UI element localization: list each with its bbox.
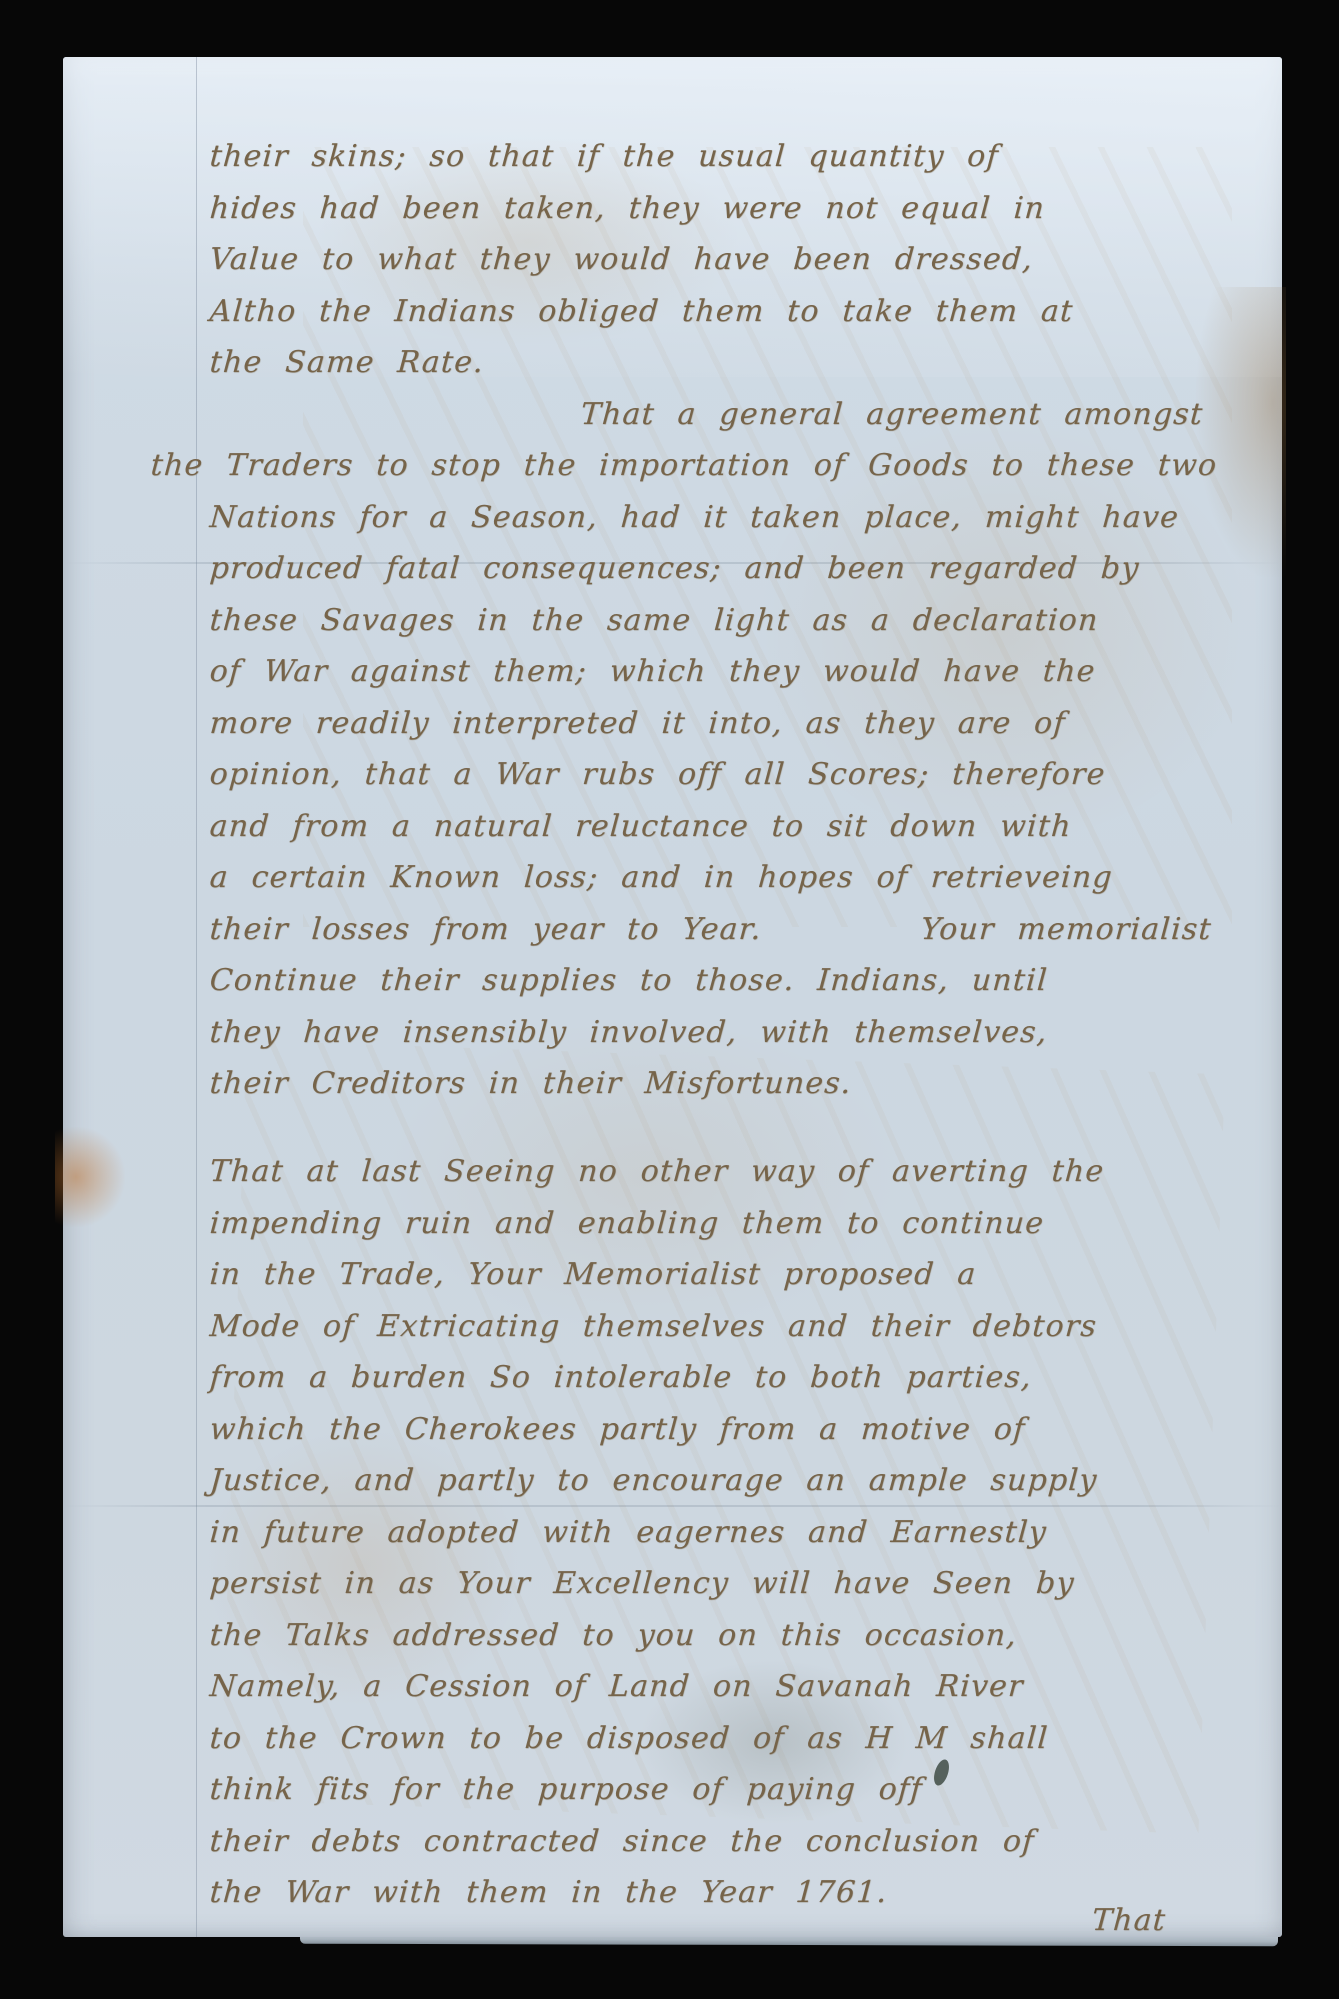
manuscript-line: these Savages in the same light as a dec… bbox=[208, 595, 1256, 647]
manuscript-line: Value to what they would have been dress… bbox=[208, 234, 1256, 286]
manuscript-line: to the Crown to be disposed of as H M sh… bbox=[208, 1713, 1256, 1765]
manuscript-line: their Creditors in their Misfortunes. bbox=[208, 1058, 1256, 1110]
manuscript-line: their debts contracted since the conclus… bbox=[208, 1816, 1256, 1868]
scan-background: { "page": { "background_color": "#070707… bbox=[0, 0, 1339, 1999]
manuscript-line: Justice, and partly to encourage an ampl… bbox=[208, 1455, 1256, 1507]
manuscript-line: from a burden So intolerable to both par… bbox=[208, 1352, 1256, 1404]
manuscript-line: Altho the Indians obliged them to take t… bbox=[208, 286, 1256, 338]
manuscript-line: in future adopted with eagernes and Earn… bbox=[208, 1507, 1256, 1559]
manuscript-line: impending ruin and enabling them to cont… bbox=[208, 1198, 1256, 1250]
manuscript-line: Continue their supplies to those. Indian… bbox=[208, 955, 1256, 1007]
manuscript-line: their losses from year to Year. Your mem… bbox=[208, 904, 1256, 956]
manuscript-line: in the Trade, Your Memorialist proposed … bbox=[208, 1249, 1256, 1301]
manuscript-line: of War against them; which they would ha… bbox=[208, 646, 1256, 698]
manuscript-line: the Same Rate. bbox=[208, 337, 1256, 389]
manuscript-line: hides had been taken, they were not equa… bbox=[208, 183, 1256, 235]
manuscript-line: the Traders to stop the importation of G… bbox=[149, 440, 1256, 492]
manuscript-page: their skins; so that if the usual quanti… bbox=[63, 57, 1282, 1937]
manuscript-line: more readily interpreted it into, as the… bbox=[208, 698, 1256, 750]
manuscript-line: opinion, that a War rubs off all Scores;… bbox=[208, 749, 1256, 801]
stain bbox=[55, 1127, 125, 1227]
paragraph-block: their skins; so that if the usual quanti… bbox=[208, 131, 1252, 1110]
manuscript-line: persist in as Your Excellency will have … bbox=[208, 1558, 1256, 1610]
manuscript-line: Nations for a Season, had it taken place… bbox=[208, 492, 1256, 544]
manuscript-line: think fits for the purpose of paying off bbox=[208, 1764, 1256, 1816]
manuscript-line: they have insensibly involved, with them… bbox=[208, 1007, 1256, 1059]
manuscript-line: a certain Known loss; and in hopes of re… bbox=[208, 852, 1256, 904]
manuscript-line: which the Cherokees partly from a motive… bbox=[208, 1404, 1256, 1456]
manuscript-line: Mode of Extricating themselves and their… bbox=[208, 1301, 1256, 1353]
catchword: That bbox=[1091, 1903, 1168, 1938]
manuscript-line: Namely, a Cession of Land on Savanah Riv… bbox=[208, 1661, 1256, 1713]
manuscript-line: their skins; so that if the usual quanti… bbox=[208, 131, 1256, 183]
manuscript-line: produced fatal consequences; and been re… bbox=[208, 543, 1256, 595]
manuscript-line: the Talks addressed to you on this occas… bbox=[208, 1610, 1256, 1662]
manuscript-line: That at last Seeing no other way of aver… bbox=[208, 1146, 1256, 1198]
paragraph-block: That at last Seeing no other way of aver… bbox=[208, 1146, 1252, 1919]
manuscript-line: That a general agreement amongst bbox=[208, 389, 1256, 441]
margin-rule-line bbox=[196, 57, 197, 1937]
manuscript-line: and from a natural reluctance to sit dow… bbox=[208, 801, 1256, 853]
